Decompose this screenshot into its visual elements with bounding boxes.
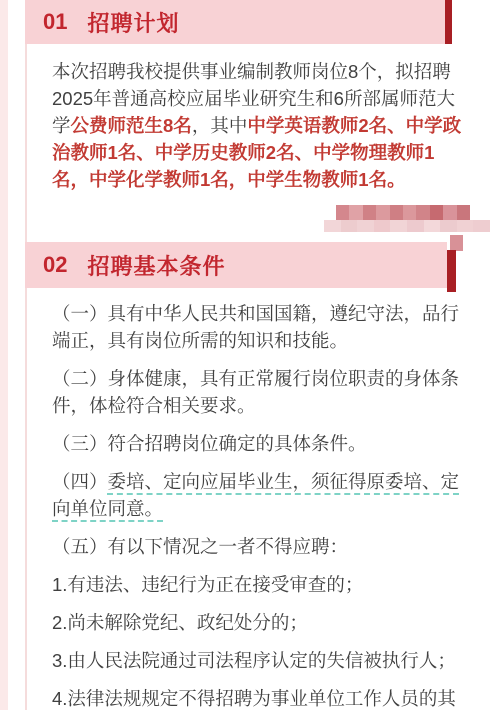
section-number: 02 — [43, 252, 67, 278]
text-segment: 学 — [52, 115, 71, 136]
mosaic-block — [457, 205, 470, 220]
mosaic-block — [390, 205, 403, 220]
recruit-plan-paragraph: 本次招聘我校提供事业编制教师岗位8个，拟招聘2025年普通高校应届毕业研究生和6… — [52, 58, 500, 193]
condition-item-2: （二）身体健康，具有正常履行岗位职责的身体条件，体检符合相关要求。 — [52, 365, 500, 419]
mosaic-block — [374, 220, 391, 232]
section-accent-bar — [447, 250, 456, 292]
text-segment: 本次招聘我校提供事业编制教师岗位8个，拟招聘 — [52, 61, 451, 82]
mosaic-block — [443, 205, 456, 220]
censored-watermark — [0, 205, 500, 233]
section-number: 01 — [43, 9, 67, 35]
mosaic-block — [357, 220, 374, 232]
text-segment: （四） — [52, 471, 108, 492]
highlighted-text: 中学英语教师2名、中学政 — [247, 115, 461, 136]
highlighted-text: 公费师范生8名 — [71, 115, 192, 136]
section-accent-notch — [450, 235, 463, 251]
section-accent-bar — [445, 0, 452, 44]
condition-item-5: （五）有以下情况之一者不得应聘： — [52, 533, 500, 560]
section-header-basic-conditions: 02 招聘基本条件 — [25, 242, 447, 288]
mosaic-block — [457, 220, 474, 232]
mosaic-block — [424, 220, 441, 232]
mosaic-block — [407, 220, 424, 232]
mosaic-block — [363, 205, 376, 220]
mosaic-block — [403, 205, 416, 220]
text-segment: 3.由人民法院通过司法程序认定的失信被执行人； — [52, 650, 456, 671]
disqualification-item-3: 3.由人民法院通过司法程序认定的失信被执行人； — [52, 647, 500, 674]
highlighted-text: 治教师1名、中学历史教师2名、中学物理教师1 — [52, 142, 434, 163]
article-content: 01 招聘计划 本次招聘我校提供事业编制教师岗位8个，拟招聘2025年普通高校应… — [0, 0, 500, 710]
disqualification-item-2: 2.尚未解除党纪、政纪处分的； — [52, 609, 500, 636]
mosaic-block — [336, 205, 349, 220]
mosaic-block — [324, 220, 341, 232]
text-segment: 2025年普通高校应届毕业研究生和6所部属师范大 — [52, 88, 455, 109]
text-segment: （五）有以下情况之一者不得应聘： — [52, 536, 348, 557]
mosaic-block — [341, 220, 358, 232]
section-header-recruit-plan: 01 招聘计划 — [25, 0, 447, 44]
condition-item-3: （三）符合招聘岗位确定的具体条件。 — [52, 430, 500, 457]
underlined-text: 委培、定向应届毕业生，须征得原委培、定 — [108, 471, 460, 492]
watermark-row-bottom — [324, 220, 490, 232]
section-title: 招聘基本条件 — [87, 250, 225, 281]
mosaic-block — [473, 220, 490, 232]
mosaic-block — [390, 220, 407, 232]
underlined-text: 向单位同意。 — [52, 498, 163, 519]
condition-item-1: （一）具有中华人民共和国国籍，遵纪守法，品行端正，具有岗位所需的知识和技能。 — [52, 300, 500, 354]
watermark-row-top — [336, 205, 470, 220]
mosaic-block — [440, 220, 457, 232]
condition-item-4: （四）委培、定向应届毕业生，须征得原委培、定向单位同意。 — [52, 468, 500, 522]
mosaic-block — [376, 205, 389, 220]
section-title: 招聘计划 — [87, 7, 179, 38]
text-segment: 4.法律法规规定不得招聘为事业单位工作人员的其 — [52, 688, 456, 709]
mosaic-block — [430, 205, 443, 220]
text-segment: 1.有违法、违纪行为正在接受审查的； — [52, 574, 363, 595]
text-segment: 2.尚未解除党纪、政纪处分的； — [52, 612, 308, 633]
text-segment: 端正，具有岗位所需的知识和技能。 — [52, 330, 348, 351]
text-segment: （二）身体健康，具有正常履行岗位职责的身体条 — [52, 368, 459, 389]
disqualification-item-4: 4.法律法规规定不得招聘为事业单位工作人员的其 — [52, 685, 500, 710]
disqualification-item-1: 1.有违法、违纪行为正在接受审查的； — [52, 571, 500, 598]
conditions-list: （一）具有中华人民共和国国籍，遵纪守法，品行端正，具有岗位所需的知识和技能。 （… — [52, 300, 500, 710]
mosaic-block — [416, 205, 429, 220]
highlighted-text: 名，中学化学教师1名，中学生物教师1名。 — [52, 169, 406, 190]
text-segment: （三）符合招聘岗位确定的具体条件。 — [52, 433, 367, 454]
text-segment: ，其中 — [192, 115, 248, 136]
text-segment: （一）具有中华人民共和国国籍，遵纪守法，品行 — [52, 303, 459, 324]
text-segment: 件，体检符合相关要求。 — [52, 395, 256, 416]
mosaic-block — [349, 205, 362, 220]
